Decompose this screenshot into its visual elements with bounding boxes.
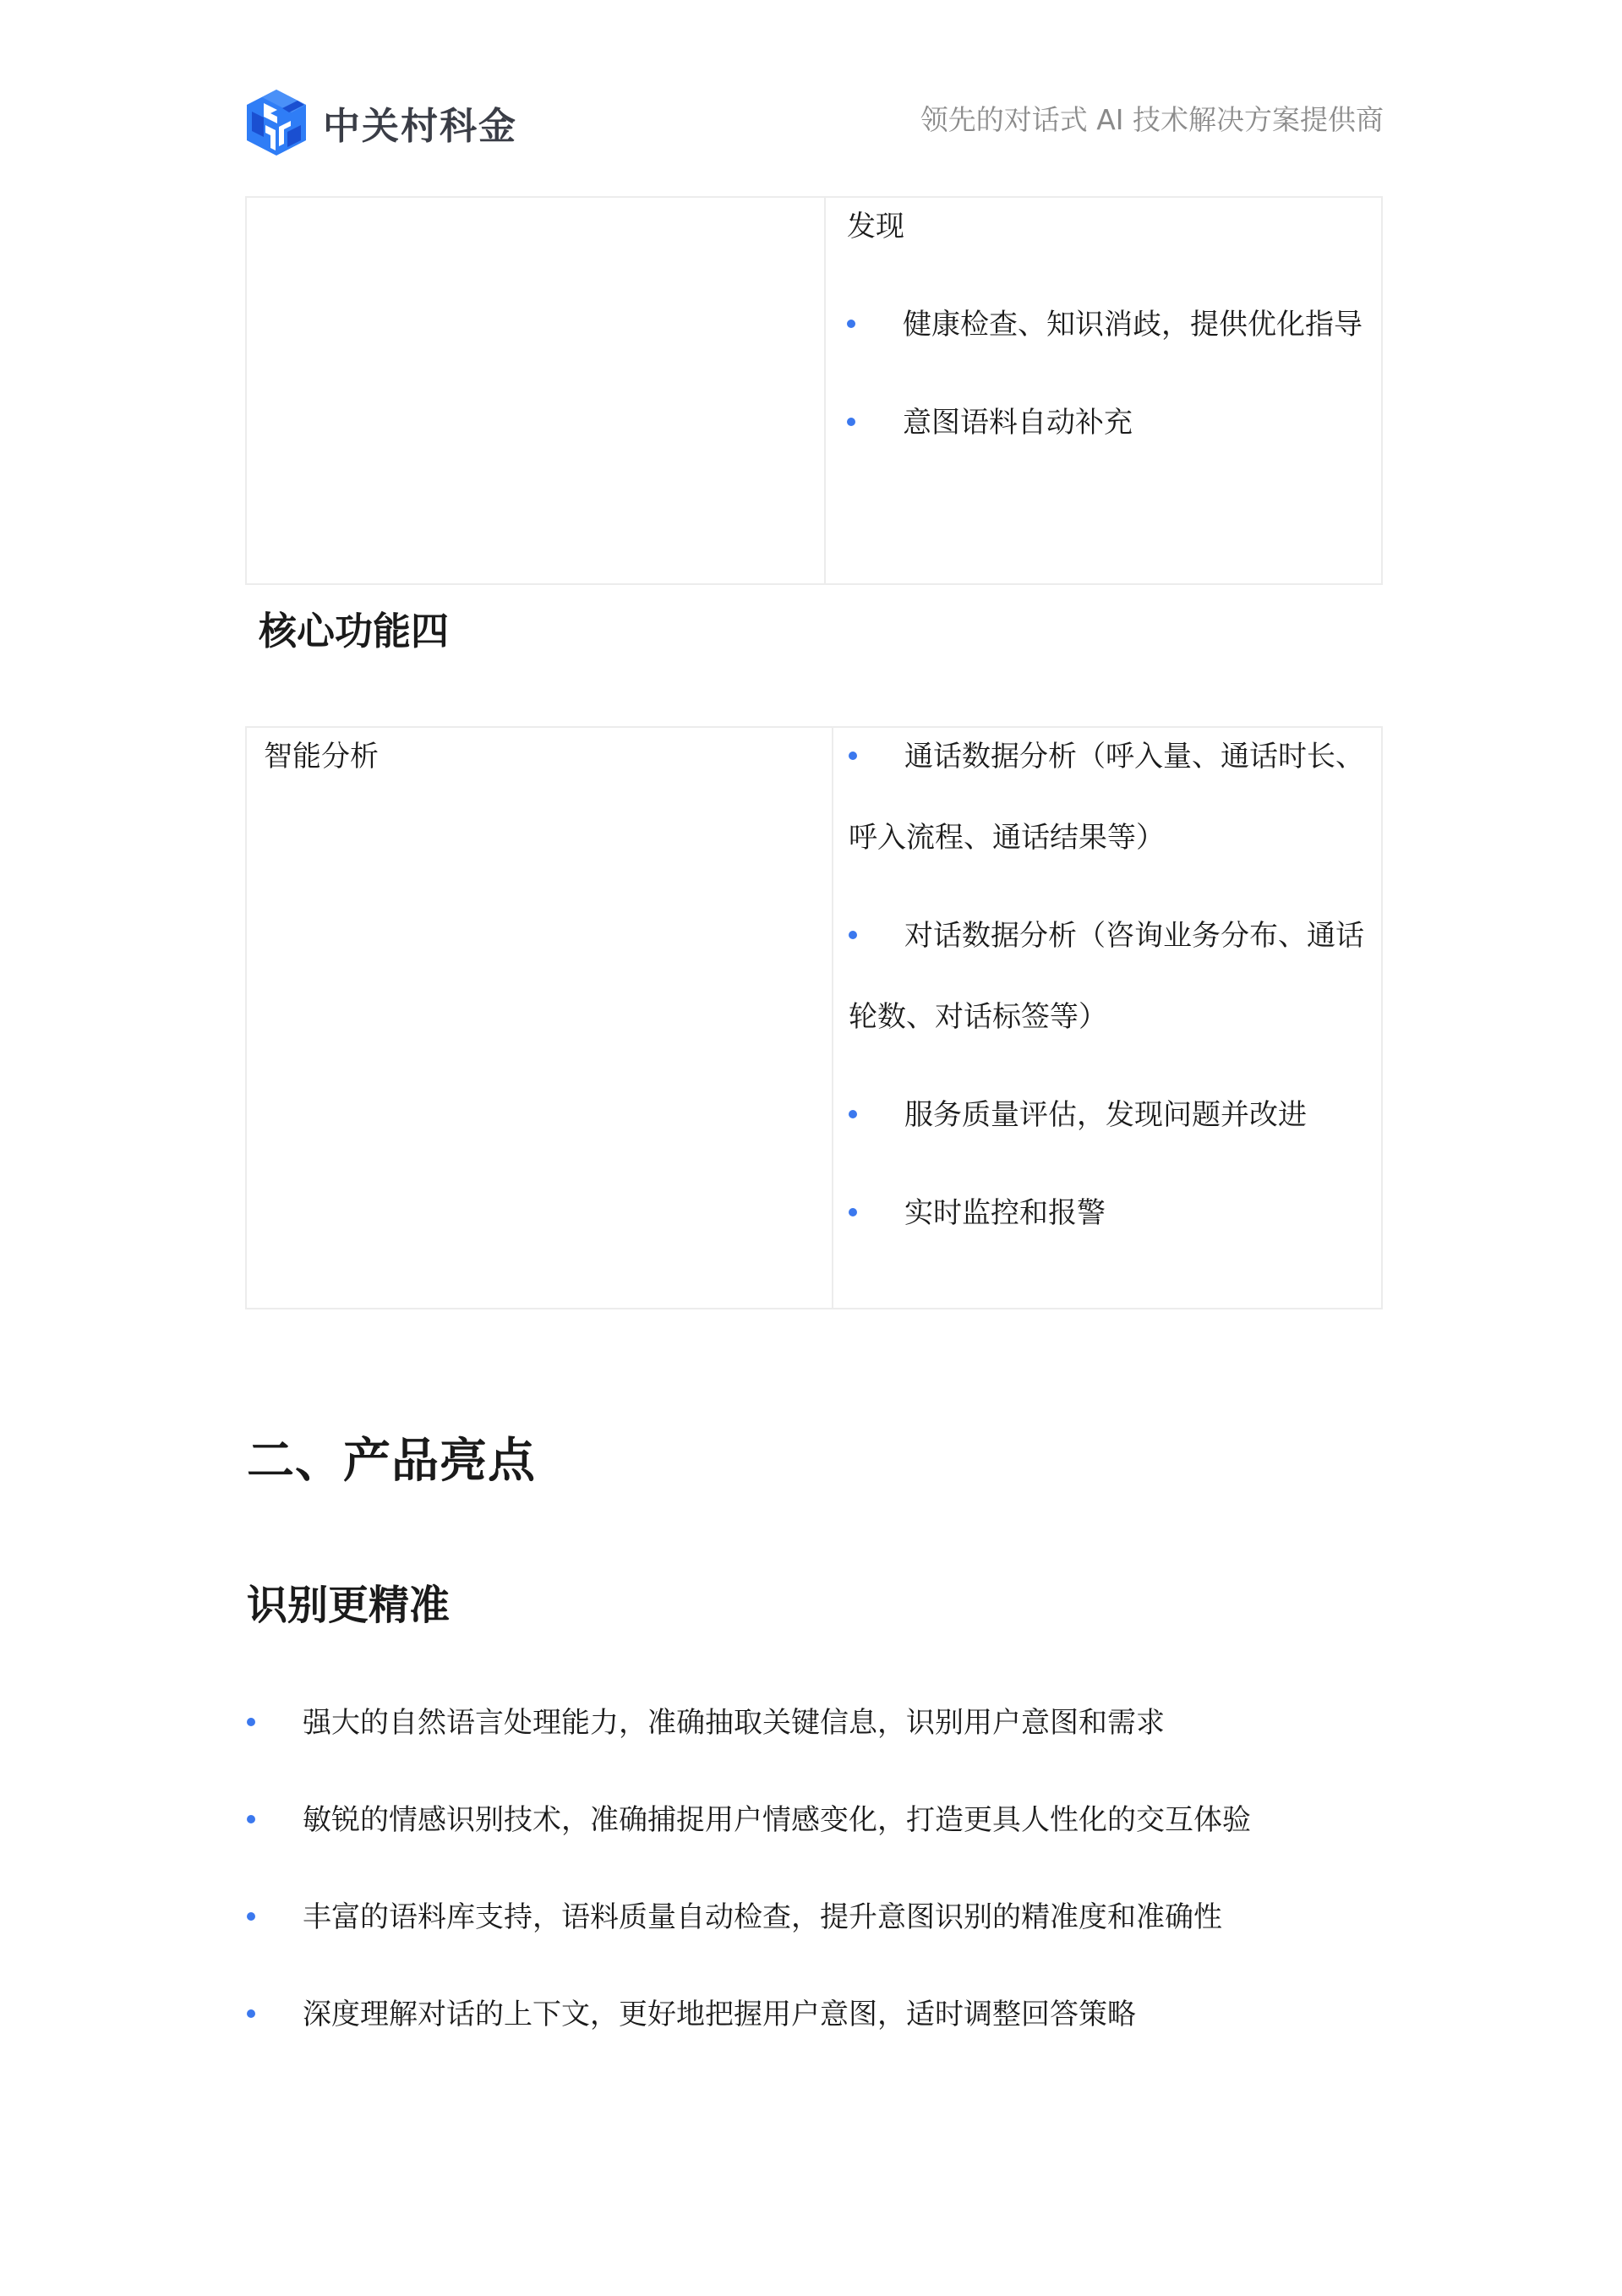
bullet-dot-icon (849, 931, 857, 939)
feature-table-continued: 发现 健康检查、知识消歧，提供优化指导 意图语料自动补充 (245, 196, 1383, 585)
bullet-dot-icon (247, 1912, 255, 1921)
subsection-heading-accuracy: 识别更精准 (247, 1572, 450, 1631)
bullet-dot-icon (247, 1815, 255, 1823)
table-cell-right: 通话数据分析（呼入量、通话时长、呼入流程、通话结果等） 对话数据分析（咨询业务分… (833, 727, 1382, 1309)
table-cell-left (246, 197, 825, 584)
list-item: 强大的自然语言处理能力，准确抽取关键信息，识别用户意图和需求 (247, 1697, 1430, 1795)
list-item: 健康检查、知识消歧，提供优化指导 (847, 284, 1363, 365)
table-cell-left: 智能分析 (246, 727, 833, 1309)
section-heading-core4: 核心功能四 (259, 600, 449, 655)
feature-name: 智能分析 (247, 716, 832, 797)
list-item: 服务质量评估，发现问题并改进 (849, 1074, 1366, 1156)
bullet-dot-icon (849, 752, 857, 760)
feature-table-core4: 智能分析 通话数据分析（呼入量、通话时长、呼入流程、通话结果等） 对话数据分析（… (245, 726, 1383, 1309)
list-item: 通话数据分析（呼入量、通话时长、呼入流程、通话结果等） (849, 716, 1366, 878)
table-cell-right: 发现 健康检查、知识消歧，提供优化指导 意图语料自动补充 (825, 197, 1382, 584)
list-item: 深度理解对话的上下文，更好地把握用户意图，适时调整回答策略 (247, 1989, 1430, 2086)
cube-logo-icon (245, 88, 308, 157)
cell-lead-text: 发现 (847, 186, 1363, 267)
list-item: 丰富的语料库支持，语料质量自动检查，提升意图识别的精准度和准确性 (247, 1892, 1430, 1989)
highlights-list: 强大的自然语言处理能力，准确抽取关键信息，识别用户意图和需求 敏锐的情感识别技术… (247, 1697, 1430, 2086)
section-heading-highlights: 二、产品亮点 (247, 1424, 536, 1491)
bullet-dot-icon (847, 418, 855, 426)
list-item: 对话数据分析（咨询业务分布、通话轮数、对话标签等） (849, 895, 1366, 1058)
list-item: 敏锐的情感识别技术，准确捕捉用户情感变化，打造更具人性化的交互体验 (247, 1795, 1430, 1892)
list-item: 意图语料自动补充 (847, 382, 1363, 463)
bullet-dot-icon (247, 2009, 255, 2018)
bullet-dot-icon (847, 320, 855, 328)
brand-name: 中关村科金 (323, 96, 517, 150)
bullet-dot-icon (849, 1208, 857, 1216)
list-item: 实时监控和报警 (849, 1173, 1366, 1254)
bullet-dot-icon (849, 1110, 857, 1118)
header-tagline: 领先的对话式 AI 技术解决方案提供商 (920, 98, 1384, 138)
brand-logo: 中关村科金 (245, 88, 517, 157)
bullet-dot-icon (247, 1718, 255, 1726)
